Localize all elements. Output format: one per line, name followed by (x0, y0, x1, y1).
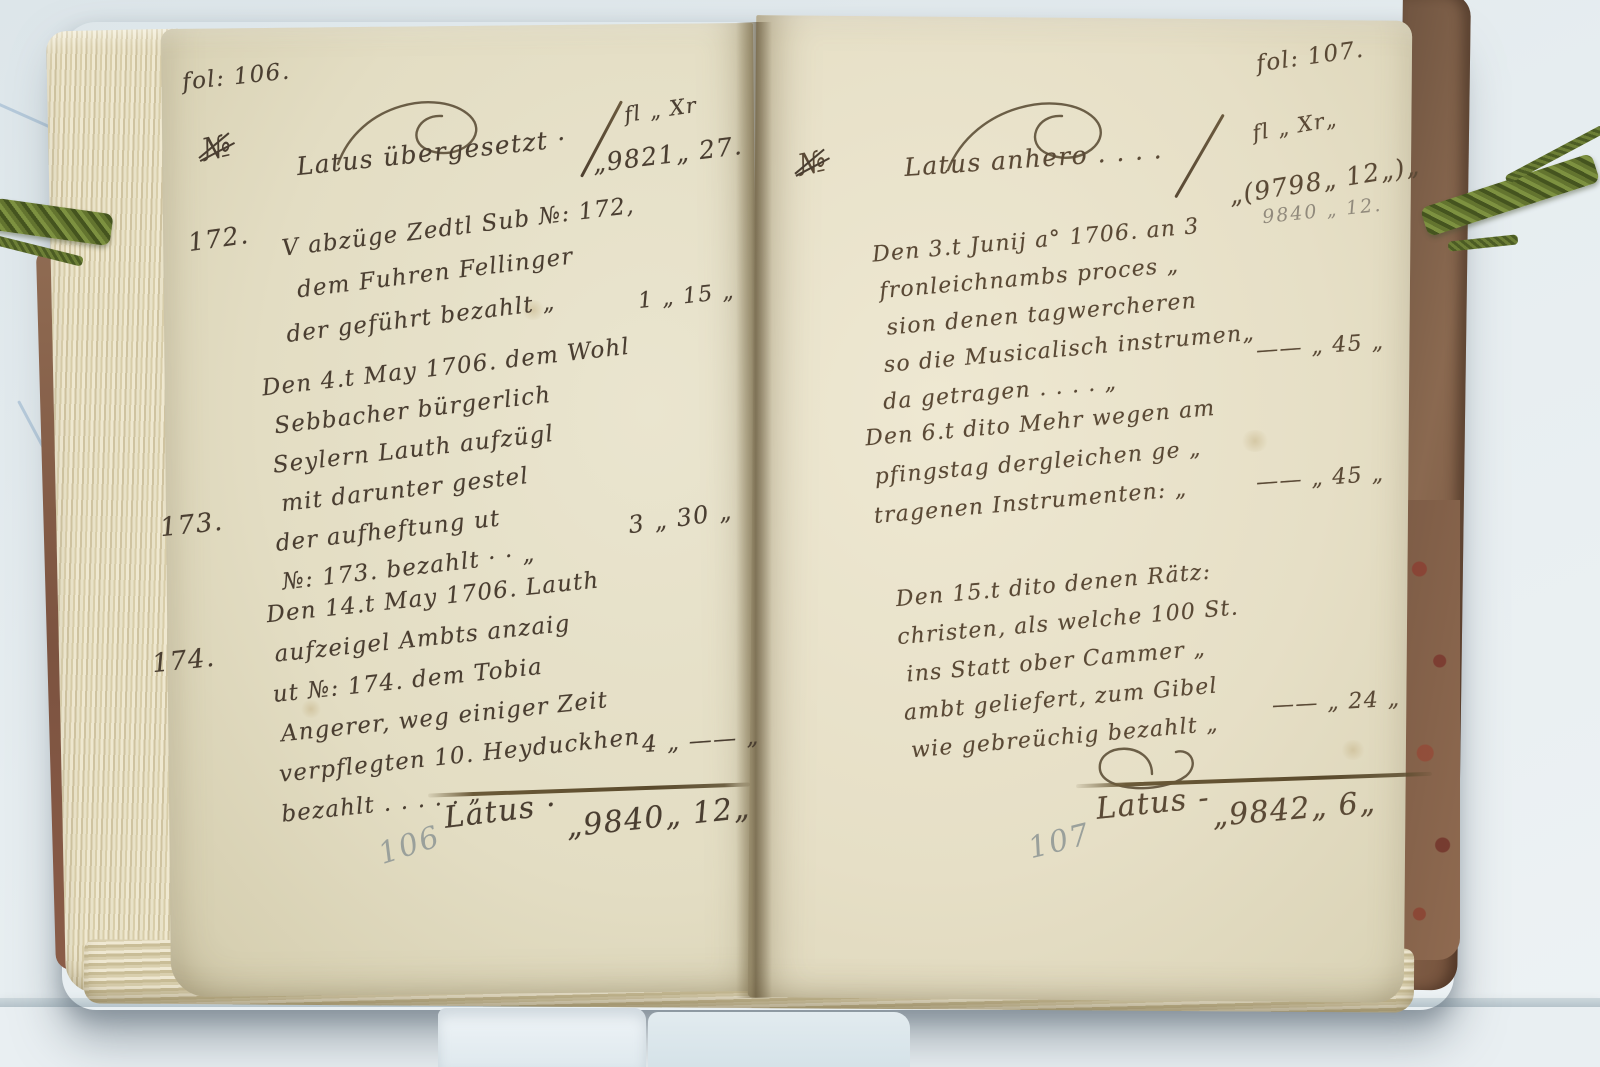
entry-corpus-christi-text: Den 3.t Junij a° 1706. an 3 fronleichnam… (871, 204, 1260, 421)
cloth-strip (648, 1012, 910, 1067)
number-sign-struck-right: № (795, 143, 830, 183)
book-cover-marbling (1402, 500, 1460, 960)
foxing-spot (1340, 740, 1366, 760)
number-sign-struck-left: № (199, 127, 235, 168)
photo-scene: fol: 106. № Latus übergesetzt · fl „ Xr … (0, 0, 1600, 1067)
cloth-strip (438, 1008, 646, 1067)
book-gutter (736, 22, 772, 998)
foxing-spot (1240, 430, 1270, 452)
